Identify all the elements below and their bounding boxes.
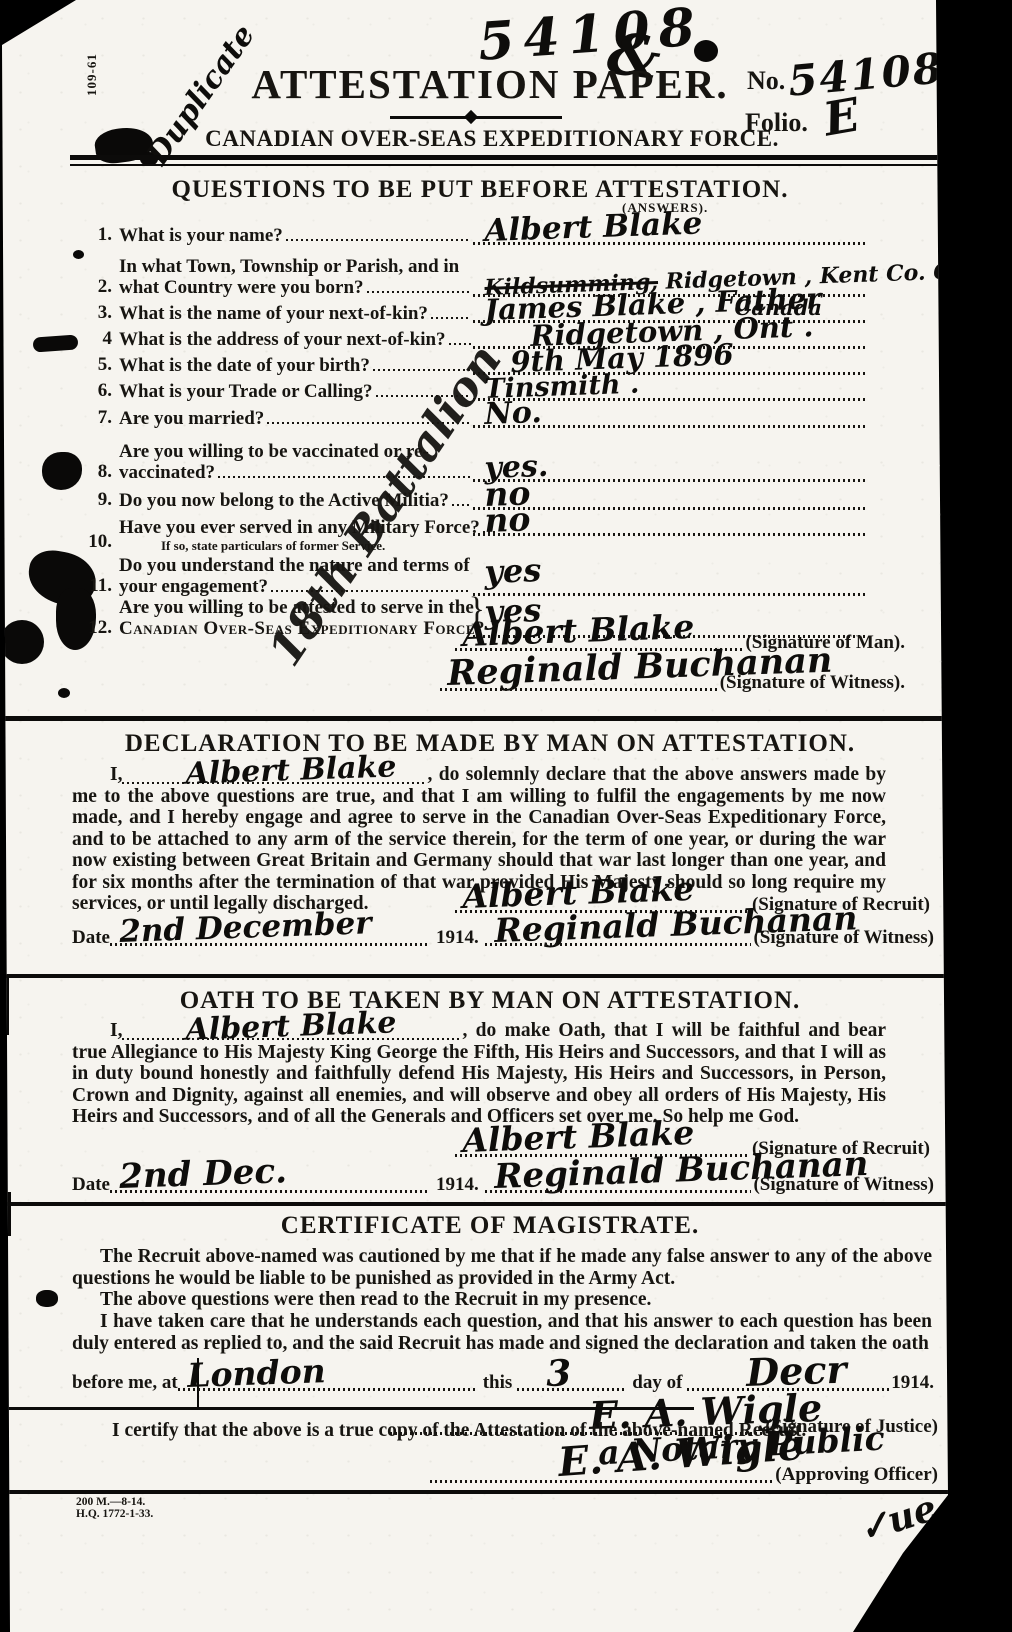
magistrate-heading: CERTIFICATE OF MAGISTRATE. [110, 1212, 870, 1240]
question-note: If so, state particulars of former Servi… [119, 538, 471, 553]
date-label: Date [72, 927, 110, 949]
question-row: 7. Are you married? No. [82, 402, 872, 429]
section-rule [4, 1202, 948, 1206]
ink-blot [0, 620, 44, 664]
king-name-bold: King George the Fifth, [330, 1042, 520, 1063]
edge-shadow [0, 1100, 7, 1142]
page-title: ATTESTATION PAPER. [240, 60, 740, 108]
year-label: 1914. [430, 1174, 485, 1196]
question-row: 4 What is the address of your next-of-ki… [82, 324, 872, 350]
leader-dots [271, 579, 471, 592]
question-row: 6. What is your Trade or Calling? Tinsmi… [82, 376, 872, 402]
declaration-heading: DECLARATION TO BE MADE BY MAN ON ATTESTA… [110, 730, 870, 758]
question-row: 10. Have you ever served in any Military… [82, 511, 872, 553]
force-name-bold: Canadian Over-Seas Expeditionary Force, [528, 807, 886, 828]
form-code-line-2: H.Q. 1772-1-33. [76, 1509, 153, 1521]
ink-blot [58, 688, 70, 698]
bottom-rule [4, 1490, 948, 1494]
ink-blot [33, 334, 79, 352]
section-rule [4, 716, 948, 721]
page-subtitle: CANADIAN OVER-SEAS EXPEDITIONARY FORCE. [182, 126, 802, 152]
leader-dots [376, 384, 471, 397]
year-label: 1914. [430, 927, 485, 949]
edge-shadow [0, 975, 9, 1035]
declarant-name-handwritten: Albert Blake [148, 756, 398, 786]
question-row: 8. Are you willing to be vaccinated or r… [82, 429, 872, 483]
witness-signature-row: Reginald Buchanan (Signature of Witness)… [440, 644, 905, 694]
scanned-attestation-paper: { "header": { "serial_hw": "54108", "str… [0, 0, 1012, 1632]
question-row: 9. Do you now belong to the Active Milit… [82, 483, 872, 511]
leader-dots [452, 493, 471, 506]
section-rule [70, 164, 950, 166]
oath-name-line: Albert Blake [122, 1018, 462, 1040]
no-label: No. [747, 66, 785, 96]
divider-diamond [464, 110, 478, 124]
magistrate-paragraph-1: The Recruit above-named was cautioned by… [72, 1246, 932, 1289]
date-label: Date [72, 1174, 110, 1196]
no-value-handwritten: 54108 [786, 43, 946, 105]
leader-dots [373, 358, 471, 371]
i-label: I, [110, 764, 122, 785]
side-stamp: 109-61 [84, 53, 100, 96]
paper-sheet: 54108 & Duplicate 109-61 ATTESTATION PAP… [0, 0, 1012, 1632]
declarant-name-line: Albert Blake [122, 762, 427, 784]
section-rule [70, 155, 950, 160]
before-label: before me, at [72, 1372, 178, 1394]
leader-dots [449, 332, 471, 345]
folio-label: Folio. [745, 108, 808, 138]
declaration-date-row: Date 2nd December 1914. Reginald Buchana… [72, 905, 934, 949]
leader-dots [218, 465, 471, 478]
questions-heading: QUESTIONS TO BE PUT BEFORE ATTESTATION. [130, 176, 830, 204]
magistrate-paragraph-2: The above questions were then read to th… [72, 1289, 932, 1311]
ink-blot [36, 1290, 58, 1307]
question-row: 5. What is the date of your birth? 9th M… [82, 350, 872, 376]
leader-dots [431, 306, 471, 319]
i-label: I, [110, 1020, 122, 1041]
leader-dots [267, 411, 471, 424]
section-rule [4, 1407, 694, 1410]
form-code-line-1: 200 M.—8-14. [76, 1497, 153, 1509]
ink-blot [42, 452, 82, 490]
leader-dots [367, 280, 471, 293]
oath-date-row: Date 2nd Dec. 1914. Reginald Buchanan (S… [72, 1150, 934, 1196]
oath-name-handwritten: Albert Blake [148, 1012, 398, 1042]
questions-list: 1. What is your name? Albert Blake 2. In… [82, 216, 872, 639]
question-row: 1. What is your name? Albert Blake [82, 216, 872, 246]
form-print-code: 200 M.—8-14. H.Q. 1772-1-33. [76, 1497, 153, 1520]
section-rule [4, 974, 948, 978]
leader-dots [286, 228, 471, 241]
edge-shadow [0, 1192, 11, 1236]
answer-value: yes [484, 551, 542, 591]
corner-scribble-handwritten: ✓ue [853, 1487, 941, 1551]
answer-value-2: Canada [735, 295, 823, 320]
